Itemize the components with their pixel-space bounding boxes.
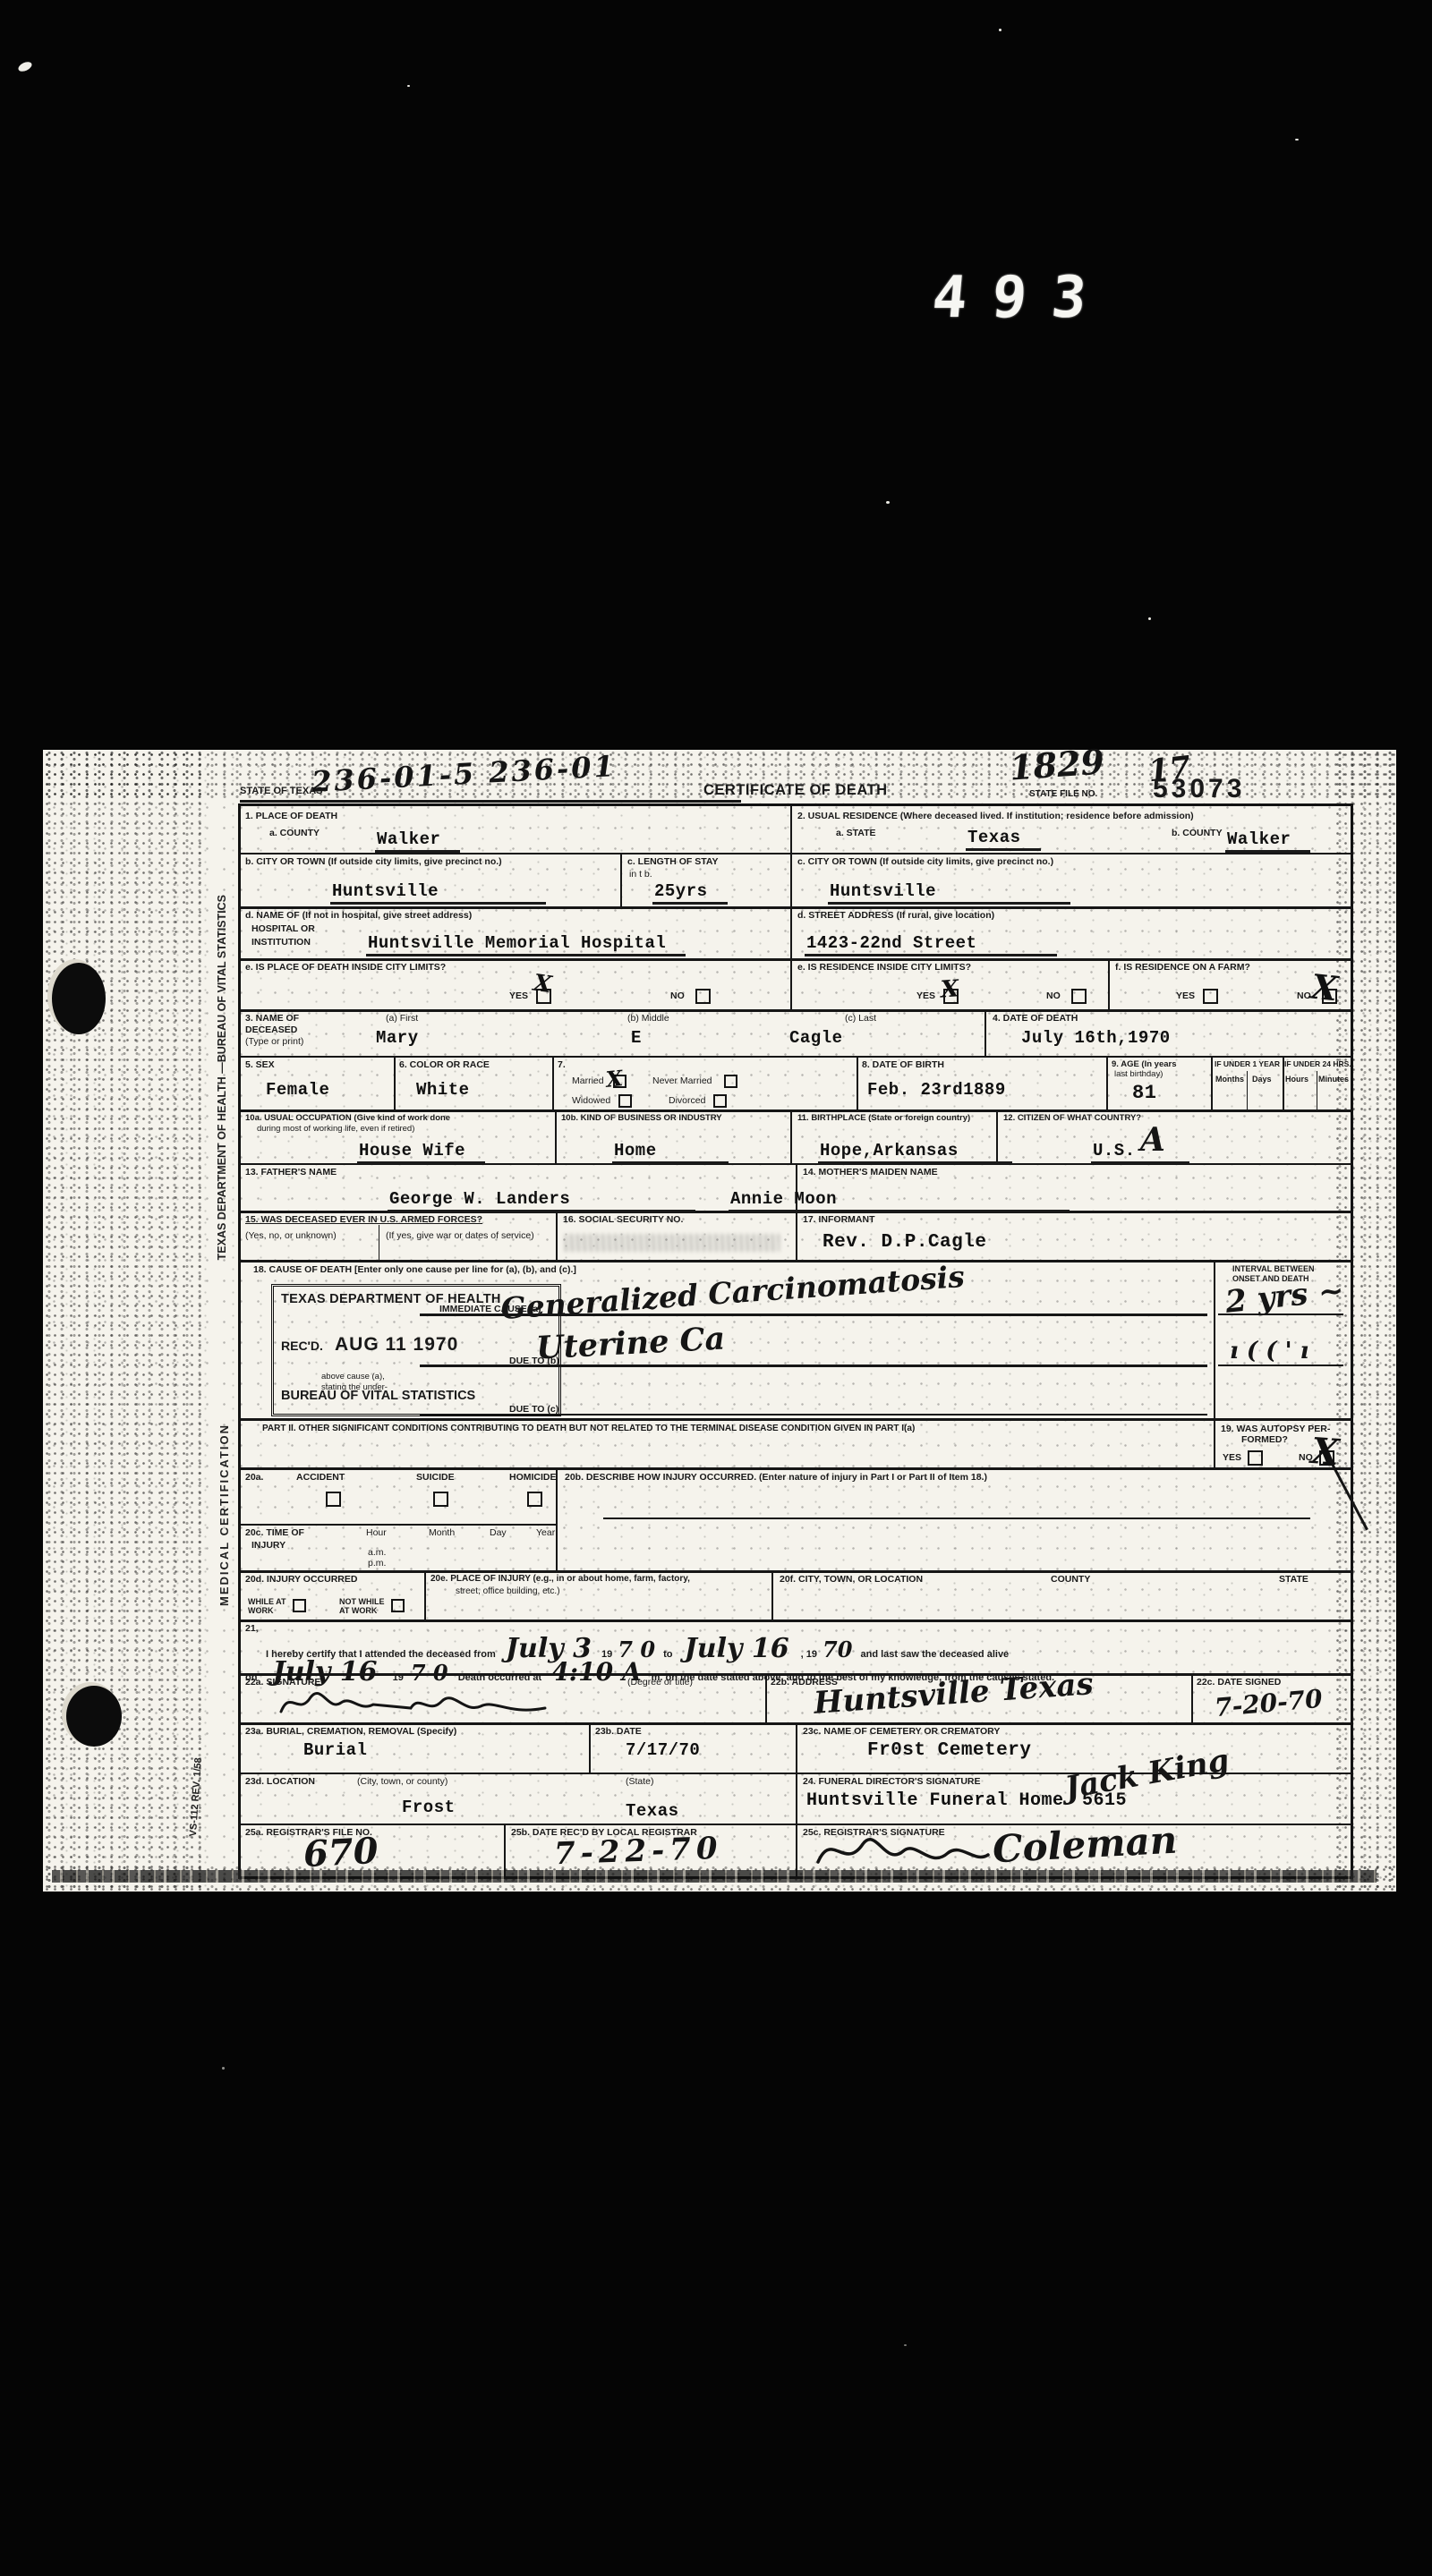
state-file-number: 53073	[1153, 773, 1245, 805]
burial-date-label: 23b. DATE	[595, 1726, 642, 1738]
armed-forces-sub-2: (If yes, give war or dates of service)	[386, 1230, 534, 1242]
pm-label: p.m.	[368, 1558, 386, 1569]
registrar-signature-value: Coleman	[992, 1818, 1179, 1872]
homicide-label: HOMICIDE	[509, 1472, 557, 1484]
hours-label: Hours	[1285, 1075, 1308, 1084]
race-label: 6. COLOR OR RACE	[399, 1059, 490, 1071]
widowed-label: Widowed	[572, 1095, 610, 1107]
rule	[771, 1570, 773, 1620]
microfilm-page: 493 TEXAS DEPARTMENT OF HEALTH —BUREAU O…	[0, 0, 1432, 2576]
rule	[603, 1518, 1310, 1519]
location-sub-state: (State)	[626, 1776, 654, 1788]
dob-value: Feb. 23rd1889	[867, 1080, 1006, 1100]
film-speck	[999, 29, 1002, 31]
rule	[1214, 1260, 1215, 1467]
divorced-checkbox	[713, 1094, 727, 1108]
residence-county-value: Walker	[1225, 829, 1310, 853]
film-speck	[17, 60, 33, 73]
father-label: 13. FATHER'S NAME	[245, 1167, 337, 1178]
injury-city-label: 20f. CITY, TOWN, OR LOCATION	[780, 1574, 923, 1586]
film-speck	[407, 85, 410, 87]
rule	[555, 1109, 557, 1163]
hospital-label-2: HOSPITAL OR	[251, 923, 315, 935]
rule	[394, 1056, 396, 1109]
hospital-value: Huntsville Memorial Hospital	[366, 933, 686, 956]
hospital-label-3: INSTITUTION	[251, 937, 311, 948]
name-label-1: 3. NAME OF	[245, 1013, 299, 1024]
date-of-death-label: 4. DATE OF DEATH	[993, 1013, 1078, 1024]
not-while-label-2: AT WORK	[339, 1606, 377, 1616]
industry-label: 10b. KIND OF BUSINESS OR INDUSTRY	[561, 1113, 722, 1123]
autopsy-yes-checkbox	[1248, 1450, 1263, 1466]
hour-label: Hour	[366, 1527, 387, 1539]
divorced-label: Divorced	[669, 1095, 705, 1107]
county-value: Walker	[375, 829, 460, 853]
film-speck	[1295, 139, 1299, 140]
date-signed-label: 22c. DATE SIGNED	[1197, 1677, 1281, 1688]
year-label: Year	[536, 1527, 555, 1539]
age-label-2: last birthday)	[1114, 1069, 1163, 1079]
pod-city-limits-label: e. IS PLACE OF DEATH INSIDE CITY LIMITS?	[245, 962, 446, 973]
res-limits-yes-label: YES	[916, 990, 935, 1002]
rule	[790, 1109, 792, 1163]
rule	[241, 1009, 1351, 1012]
film-speck	[904, 2344, 907, 2346]
days-label: Days	[1252, 1075, 1272, 1084]
father-value: George W. Landers	[388, 1189, 695, 1212]
location-city-value: Frost	[402, 1798, 456, 1817]
rule	[790, 806, 792, 1009]
citizen-label: 12. CITIZEN OF WHAT COUNTRY?	[1003, 1113, 1141, 1123]
rule	[1211, 1056, 1213, 1109]
last-name-value: Cagle	[789, 1028, 843, 1048]
marital-label: 7.	[558, 1059, 566, 1071]
rule	[1106, 1056, 1108, 1109]
scan-edge-band	[52, 1870, 1377, 1883]
place-of-injury-label-1: 20e. PLACE OF INJURY (e.g., in or about …	[430, 1574, 690, 1585]
occupation-value: House Wife	[357, 1141, 485, 1164]
address-label: 22b. ADDRESS	[771, 1677, 838, 1688]
day-label: Day	[490, 1527, 507, 1539]
months-label: Months	[1215, 1075, 1244, 1084]
rule	[240, 800, 741, 803]
rule	[241, 1418, 1351, 1421]
film-speck	[886, 501, 890, 504]
punch-hole	[52, 963, 106, 1034]
industry-value: Home	[612, 1141, 729, 1164]
rule	[552, 1056, 554, 1109]
residence-state-label: a. STATE	[836, 828, 876, 839]
rule	[857, 1056, 858, 1109]
farm-no-xmark: X	[1309, 966, 1340, 1009]
birthplace-value: Hope,Arkansas	[818, 1141, 1012, 1164]
burial-label: 23a. BURIAL, CREMATION, REMOVAL (Specify…	[245, 1726, 456, 1738]
state-of-texas-label: STATE OF TEXAS	[240, 786, 323, 797]
certify-death-at: Death occurred at	[458, 1672, 542, 1683]
stamp-line-1: TEXAS DEPARTMENT OF HEALTH	[281, 1292, 501, 1307]
burial-value: Burial	[303, 1740, 367, 1760]
rule	[620, 853, 622, 906]
suicide-checkbox	[433, 1492, 448, 1507]
armed-forces-label: 15. WAS DECEASED EVER IN U.S. ARMED FORC…	[245, 1214, 482, 1226]
res-farm-label: f. IS RESIDENCE ON A FARM?	[1115, 962, 1250, 973]
while-at-work-checkbox	[293, 1599, 306, 1612]
time-of-injury-label-1: 20c. TIME OF	[245, 1527, 304, 1539]
rule	[796, 1722, 797, 1773]
pod-city-value: Huntsville	[330, 881, 546, 905]
res-limits-yes-xmark: X	[940, 975, 959, 1003]
rule	[241, 1260, 1351, 1262]
burial-date-value: 7/17/70	[626, 1740, 700, 1760]
widowed-checkbox	[618, 1094, 632, 1108]
rule	[796, 1773, 797, 1824]
cemetery-value: Fr0st Cemetery	[867, 1740, 1031, 1761]
item-20a-label: 20a.	[245, 1472, 263, 1484]
received-stamp: TEXAS DEPARTMENT OF HEALTH REC'D. AUG 11…	[271, 1284, 561, 1416]
date-signed-value: 7-20-70	[1214, 1684, 1324, 1722]
autopsy-yes-label: YES	[1223, 1452, 1241, 1464]
res-city-label: c. CITY OR TOWN (If outside city limits,…	[797, 856, 1053, 868]
rule	[424, 1570, 426, 1620]
date-of-death-value: July 16th,1970	[1021, 1028, 1171, 1048]
physician-signature	[277, 1685, 563, 1721]
mother-value: Annie Moon	[729, 1189, 1070, 1212]
rule	[241, 1467, 1351, 1470]
rule	[241, 906, 1351, 909]
location-sub-city: (City, town, or county)	[357, 1776, 447, 1788]
place-of-injury-label-2: street, office building, etc.)	[456, 1586, 560, 1597]
suicide-label: SUICIDE	[416, 1472, 455, 1484]
registrar-file-value: 670	[303, 1830, 379, 1875]
describe-injury-label: 20b. DESCRIBE HOW INJURY OCCURRED. (Ente…	[565, 1472, 987, 1484]
residence-state-value: Texas	[966, 828, 1041, 851]
res-city-limits-label: e. IS RESIDENCE INSIDE CITY LIMITS?	[797, 962, 971, 973]
informant-value: Rev. D.P.Cagle	[823, 1232, 986, 1253]
form-number-label: VS-112 REV. 1/58	[188, 1757, 204, 1837]
rule	[1108, 958, 1110, 1009]
length-of-stay-label: c. LENGTH OF STAY	[627, 856, 719, 868]
rule	[241, 1620, 1351, 1622]
time-of-injury-label-2: INJURY	[251, 1540, 286, 1552]
street-address-value: 1423-22nd Street	[805, 933, 1057, 956]
length-of-stay-value: 25yrs	[652, 881, 728, 905]
location-state-value: Texas	[626, 1801, 679, 1821]
funeral-director-signature: Jack King	[1062, 1742, 1232, 1807]
punch-hole	[66, 1686, 122, 1747]
injury-county-label: COUNTY	[1051, 1574, 1090, 1586]
stamp-recd: REC'D.	[281, 1339, 323, 1354]
injury-state-label: STATE	[1279, 1574, 1308, 1586]
certificate-title: CERTIFICATE OF DEATH	[703, 782, 888, 800]
autopsy-label-2: FORMED?	[1241, 1434, 1288, 1446]
citizen-handwritten-a: A	[1140, 1121, 1165, 1159]
rule	[796, 1824, 797, 1876]
accident-checkbox	[326, 1492, 341, 1507]
stamp-date: AUG 11 1970	[335, 1333, 458, 1356]
certify-line-1: I hereby certify that I attended the dec…	[266, 1633, 1340, 1656]
mother-label: 14. MOTHER'S MAIDEN NAME	[803, 1167, 938, 1178]
rule	[241, 1109, 1351, 1112]
sex-label: 5. SEX	[245, 1059, 275, 1071]
first-name-value: Mary	[376, 1028, 419, 1048]
dob-label: 8. DATE OF BIRTH	[862, 1059, 944, 1071]
length-of-stay-sub: in t b.	[629, 869, 652, 880]
rule	[241, 1570, 1351, 1573]
state-file-no-label: STATE FILE NO.	[1029, 789, 1097, 800]
part-2-label: PART II. OTHER SIGNIFICANT CONDITIONS CO…	[262, 1424, 915, 1434]
funeral-director-label: 24. FUNERAL DIRECTOR'S SIGNATURE	[803, 1776, 981, 1788]
death-certificate-scan: TEXAS DEPARTMENT OF HEALTH —BUREAU OF VI…	[43, 750, 1396, 1892]
rule	[1191, 1673, 1193, 1722]
place-of-death-section-label: 1. PLACE OF DEATH	[245, 811, 337, 822]
sex-value: Female	[266, 1080, 329, 1100]
pod-limits-no-checkbox	[695, 989, 711, 1004]
pod-limits-yes-xmark: X	[532, 970, 553, 999]
rule	[556, 1211, 558, 1260]
age-label-1: 9. AGE (In years	[1112, 1059, 1177, 1069]
res-limits-no-checkbox	[1071, 989, 1087, 1004]
first-name-label: (a) First	[386, 1013, 418, 1024]
cause-of-death-section-label: 18. CAUSE OF DEATH [Enter only one cause…	[253, 1264, 576, 1276]
not-while-checkbox	[391, 1599, 405, 1612]
minutes-label: Minutes	[1318, 1075, 1349, 1084]
if-under-24-hrs-label: IF UNDER 24 HRS.	[1284, 1059, 1351, 1068]
ssn-label: 16. SOCIAL SECURITY NO.	[563, 1214, 683, 1226]
agency-vertical-label: TEXAS DEPARTMENT OF HEALTH —BUREAU OF VI…	[216, 895, 228, 1260]
county-label: a. COUNTY	[269, 828, 320, 839]
accident-label: ACCIDENT	[296, 1472, 345, 1484]
certify-19c: 19	[393, 1672, 404, 1683]
res-city-value: Huntsville	[828, 881, 1070, 905]
rule	[1218, 1314, 1343, 1315]
rule	[1218, 1365, 1343, 1366]
rule	[241, 1524, 556, 1526]
occupation-label-2: during most of working life, even if ret…	[257, 1124, 414, 1134]
film-speck	[1148, 617, 1151, 620]
middle-name-label: (b) Middle	[627, 1013, 669, 1024]
film-frame-counter: 493	[930, 265, 1114, 331]
residence-county-label: b. COUNTY	[1172, 828, 1223, 839]
due-to-b-interval: ı ( ( ' ı	[1230, 1338, 1309, 1365]
stamp-line-3: BUREAU OF VITAL STATISTICS	[281, 1389, 475, 1404]
while-at-work-label-2: WORK	[248, 1606, 274, 1616]
injury-occurred-label: 20d. INJURY OCCURRED	[245, 1574, 357, 1586]
rule	[504, 1824, 506, 1876]
certificate-form: 1. PLACE OF DEATH a. COUNTY Walker 2. US…	[238, 803, 1353, 1879]
rule	[984, 1009, 986, 1056]
informant-label: 17. INFORMANT	[803, 1214, 875, 1226]
name-label-3: (Type or print)	[245, 1036, 303, 1048]
rule	[241, 1056, 1351, 1058]
married-label: Married	[572, 1075, 604, 1087]
rule	[589, 1722, 591, 1773]
interval-label-1: INTERVAL BETWEEN	[1232, 1264, 1315, 1274]
autopsy-no-xmark: X	[1309, 1430, 1340, 1474]
rule	[241, 853, 1351, 854]
never-married-label: Never Married	[652, 1075, 712, 1087]
film-speck	[222, 2067, 225, 2070]
street-address-label: d. STREET ADDRESS (If rural, give locati…	[797, 910, 994, 922]
rule	[796, 1211, 797, 1260]
pod-city-label: b. CITY OR TOWN (If outside city limits,…	[245, 856, 502, 868]
location-label: 23d. LOCATION	[245, 1776, 315, 1788]
armed-forces-sub-1: (Yes, no, or unknown)	[245, 1230, 337, 1242]
month-label: Month	[429, 1527, 455, 1539]
cemetery-label: 23c. NAME OF CEMETERY OR CREMATORY	[803, 1726, 1000, 1738]
occupation-label-1: 10a. USUAL OCCUPATION (Give kind of work…	[245, 1113, 450, 1123]
never-married-checkbox	[724, 1075, 737, 1088]
married-xmark: X	[605, 1065, 625, 1092]
registrar-date-value: 7-22-70	[553, 1831, 723, 1873]
item-21-label: 21,	[245, 1623, 259, 1635]
birthplace-label: 11. BIRTHPLACE (State or foreign country…	[797, 1113, 970, 1123]
res-limits-no-label: NO	[1046, 990, 1061, 1002]
handwritten-number-1829: 1829	[1009, 741, 1106, 787]
farm-yes-checkbox	[1203, 989, 1218, 1004]
funeral-home-value: Huntsville Funeral Home	[806, 1790, 1064, 1811]
homicide-checkbox	[527, 1492, 542, 1507]
hospital-label: d. NAME OF (If not in hospital, give str…	[245, 910, 472, 922]
race-value: White	[416, 1080, 470, 1100]
rule	[379, 1225, 379, 1260]
age-value: 81	[1132, 1082, 1156, 1104]
if-under-1-year-label: IF UNDER 1 YEAR	[1215, 1059, 1280, 1068]
due-to-b-value: Uterine Ca	[535, 1321, 726, 1367]
registrar-signature-flourish	[814, 1826, 993, 1875]
farm-yes-label: YES	[1176, 990, 1195, 1002]
last-name-label: (c) Last	[845, 1013, 876, 1024]
pod-limits-yes-label: YES	[509, 990, 528, 1002]
rule	[1317, 1071, 1317, 1109]
handwritten-code: 236-01-5 236-01	[311, 749, 617, 799]
am-label: a.m.	[368, 1547, 386, 1559]
ssn-smudge	[565, 1234, 780, 1252]
rule	[1247, 1071, 1248, 1109]
degree-label: (Degree or title)	[627, 1677, 693, 1688]
usual-residence-section-label: 2. USUAL RESIDENCE (Where deceased lived…	[797, 811, 1194, 822]
certify-year-3: 7 0	[411, 1660, 448, 1686]
pod-limits-no-label: NO	[670, 990, 685, 1002]
medical-vertical-label: MEDICAL CERTIFICATION	[217, 1424, 231, 1606]
middle-name-value: E	[631, 1028, 642, 1048]
name-label-2: DECEASED	[245, 1024, 297, 1036]
rule	[241, 958, 1351, 961]
